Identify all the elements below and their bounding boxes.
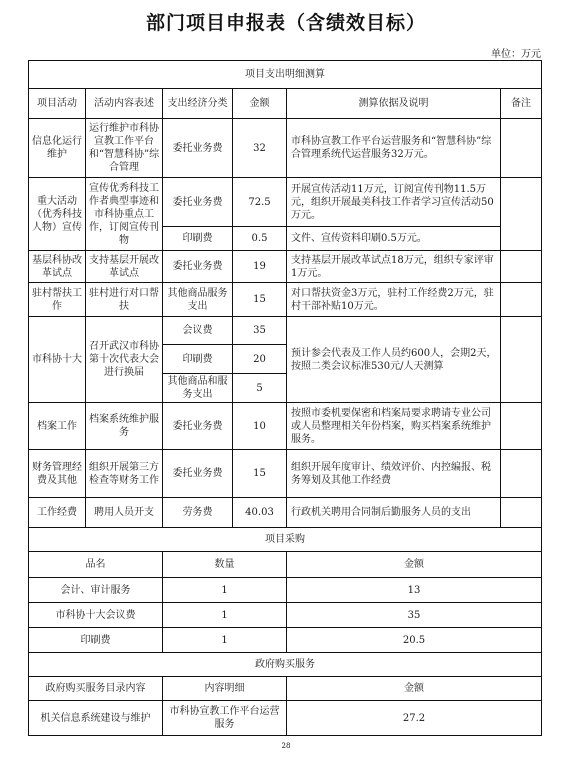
basis-cell: 市科协宣教工作平台运营服务和“智慧科协”综合管理系统代运营服务32万元。 [287, 119, 501, 178]
item-name-cell: 会计、审计服务 [29, 578, 163, 603]
activity-cell: 基层科协改革试点 [29, 251, 86, 283]
amount-cell: 13 [287, 578, 542, 603]
quantity-cell: 1 [163, 578, 287, 603]
category-cell: 会议费 [163, 317, 233, 345]
content-cell: 聘用人员开支 [86, 498, 163, 528]
content-cell: 宣传优秀科技工作者典型事迹和市科协重点工作，订阅宣传刊物 [86, 178, 163, 251]
project-table: 项目支出明细测算 项目活动 活动内容表述 支出经济分类 金额 测算依据及说明 备… [28, 60, 542, 736]
table-row: 市科协十大会议费 1 35 [29, 603, 542, 628]
category-cell: 委托业务费 [163, 450, 233, 498]
note-cell [501, 283, 542, 317]
content-cell: 组织开展第三方检查等财务工作 [86, 450, 163, 498]
amount-cell: 35 [287, 603, 542, 628]
procurement-header-row: 品名 数量 金额 [29, 552, 542, 578]
amount-cell: 20 [233, 345, 287, 374]
content-cell: 支持基层开展改革试点 [86, 251, 163, 283]
content-cell: 档案系统维护服务 [86, 403, 163, 450]
activity-cell: 重大活动（优秀科技人物）宣传 [29, 178, 86, 251]
table-row: 工作经费 聘用人员开支 劳务费 40.03 行政机关聘用合同制后勤服务人员的支出 [29, 498, 542, 528]
detail-cell: 市科协宣教工作平台运营服务 [163, 701, 287, 736]
table-row: 档案工作 档案系统维护服务 委托业务费 10 按照市委机要保密和档案局要求聘请专… [29, 403, 542, 450]
page-number: 28 [0, 742, 572, 750]
table-row: 重大活动（优秀科技人物）宣传 宣传优秀科技工作者典型事迹和市科协重点工作，订阅宣… [29, 178, 542, 227]
basis-cell: 行政机关聘用合同制后勤服务人员的支出 [287, 498, 501, 528]
amount-cell: 19 [233, 251, 287, 283]
page-title: 部门项目申报表（含绩效目标） [0, 8, 572, 35]
category-cell: 印刷费 [163, 345, 233, 374]
header-amount: 金额 [233, 89, 287, 119]
amount-cell: 15 [233, 450, 287, 498]
basis-cell: 预计参会代表及工作人员约600人，会期2天，按照二类会议标准530元/人天测算 [287, 317, 501, 403]
basis-cell: 按照市委机要保密和档案局要求聘请专业公司或人员整理相关年份档案，购买档案系统维护… [287, 403, 501, 450]
amount-cell: 20.5 [287, 628, 542, 653]
header-detail: 内容明细 [163, 677, 287, 701]
header-item-name: 品名 [29, 552, 163, 578]
note-cell [501, 119, 542, 178]
procurement-section-title-row: 项目采购 [29, 528, 542, 552]
header-quantity: 数量 [163, 552, 287, 578]
table-row: 财务管理经费及其他 组织开展第三方检查等财务工作 委托业务费 15 组织开展年度… [29, 450, 542, 498]
procurement-section-title: 项目采购 [29, 528, 542, 552]
expense-section-title: 项目支出明细测算 [29, 61, 542, 89]
activity-cell: 驻村帮扶工作 [29, 283, 86, 317]
header-amount: 金额 [287, 677, 542, 701]
category-cell: 印刷费 [163, 227, 233, 251]
header-catalog: 政府购买服务目录内容 [29, 677, 163, 701]
header-category: 支出经济分类 [163, 89, 233, 119]
amount-cell: 72.5 [233, 178, 287, 227]
amount-cell: 0.5 [233, 227, 287, 251]
activity-cell: 工作经费 [29, 498, 86, 528]
gov-purchase-section-title-row: 政府购买服务 [29, 653, 542, 677]
content-cell: 召开武汉市科协第十次代表大会进行换届 [86, 317, 163, 403]
unit-label: 单位：万元 [491, 45, 541, 60]
header-basis: 测算依据及说明 [287, 89, 501, 119]
item-name-cell: 印刷费 [29, 628, 163, 653]
content-cell: 运行维护市科协宣教工作平台和“智慧科协”综合管理 [86, 119, 163, 178]
gov-purchase-header-row: 政府购买服务目录内容 内容明细 金额 [29, 677, 542, 701]
note-cell [501, 178, 542, 251]
quantity-cell: 1 [163, 628, 287, 653]
table-row: 基层科协改革试点 支持基层开展改革试点 委托业务费 19 支持基层开展改革试点1… [29, 251, 542, 283]
header-note: 备注 [501, 89, 542, 119]
category-cell: 委托业务费 [163, 403, 233, 450]
basis-cell: 文件、宣传资料印刷0.5万元。 [287, 227, 501, 251]
note-cell [501, 251, 542, 283]
category-cell: 劳务费 [163, 498, 233, 528]
note-cell [501, 450, 542, 498]
category-cell: 其他商品和服务支出 [163, 374, 233, 403]
expense-section-title-row: 项目支出明细测算 [29, 61, 542, 89]
amount-cell: 5 [233, 374, 287, 403]
category-cell: 委托业务费 [163, 178, 233, 227]
basis-cell: 开展宣传活动11万元，订阅宣传刊物11.5万元，组织开展最美科技工作者学习宣传活… [287, 178, 501, 227]
basis-cell: 组织开展年度审计、绩效评价、内控编报、税务筹划及其他工作经费 [287, 450, 501, 498]
header-activity: 项目活动 [29, 89, 86, 119]
activity-cell: 信息化运行维护 [29, 119, 86, 178]
catalog-cell: 机关信息系统建设与维护 [29, 701, 163, 736]
gov-purchase-section-title: 政府购买服务 [29, 653, 542, 677]
table-row: 市科协十大 召开武汉市科协第十次代表大会进行换届 会议费 35 预计参会代表及工… [29, 317, 542, 345]
quantity-cell: 1 [163, 603, 287, 628]
table-row: 机关信息系统建设与维护 市科协宣教工作平台运营服务 27.2 [29, 701, 542, 736]
amount-cell: 27.2 [287, 701, 542, 736]
category-cell: 其他商品服务支出 [163, 283, 233, 317]
amount-cell: 10 [233, 403, 287, 450]
amount-cell: 40.03 [233, 498, 287, 528]
table-row: 印刷费 1 20.5 [29, 628, 542, 653]
amount-cell: 35 [233, 317, 287, 345]
expense-header-row: 项目活动 活动内容表述 支出经济分类 金额 测算依据及说明 备注 [29, 89, 542, 119]
table-row: 信息化运行维护 运行维护市科协宣教工作平台和“智慧科协”综合管理 委托业务费 3… [29, 119, 542, 178]
activity-cell: 档案工作 [29, 403, 86, 450]
amount-cell: 32 [233, 119, 287, 178]
basis-cell: 对口帮扶资金3万元，驻村工作经费2万元，驻村干部补贴10万元。 [287, 283, 501, 317]
amount-cell: 15 [233, 283, 287, 317]
item-name-cell: 市科协十大会议费 [29, 603, 163, 628]
note-cell [501, 403, 542, 450]
header-content: 活动内容表述 [86, 89, 163, 119]
note-cell [501, 498, 542, 528]
activity-cell: 市科协十大 [29, 317, 86, 403]
content-cell: 驻村进行对口帮扶 [86, 283, 163, 317]
table-row: 驻村帮扶工作 驻村进行对口帮扶 其他商品服务支出 15 对口帮扶资金3万元，驻村… [29, 283, 542, 317]
category-cell: 委托业务费 [163, 251, 233, 283]
note-cell [501, 317, 542, 403]
header-amount: 金额 [287, 552, 542, 578]
activity-cell: 财务管理经费及其他 [29, 450, 86, 498]
basis-cell: 支持基层开展改革试点18万元，组织专家评审1万元。 [287, 251, 501, 283]
category-cell: 委托业务费 [163, 119, 233, 178]
table-row: 会计、审计服务 1 13 [29, 578, 542, 603]
